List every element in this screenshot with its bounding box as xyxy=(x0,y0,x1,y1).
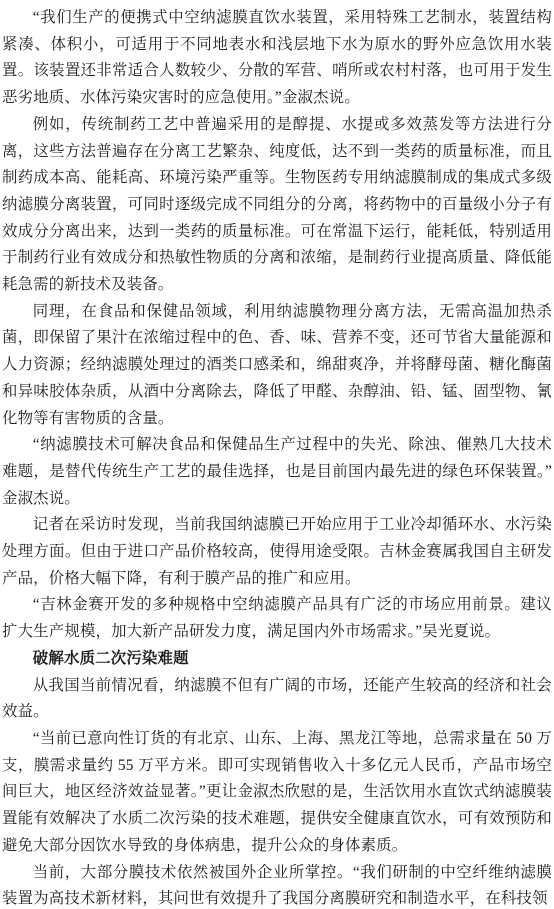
paragraph-market-benefits: 从我国当前情况看，纳滤膜不但有广阔的市场，还能产生较高的经济和社会效益。 xyxy=(2,673,552,726)
document-page: “我们生产的便携式中空纳滤膜直饮水装置，采用特殊工艺制水，装置结构紧凑、体积小，… xyxy=(0,0,554,909)
paragraph-quote-market-prospect: “吉林金赛开发的多种规格中空纳滤膜产品具有广泛的市场应用前景。建议扩大生产规模，… xyxy=(2,592,552,645)
paragraph-pharma-process: 例如，传统制药工艺中普遍采用的是醇提、水提或多效蒸发等方法进行分离，这些方法普遍… xyxy=(2,112,552,299)
paragraph-foreign-control: 当前，大部分膜技术依然被国外企业所掌控。“我们研制的中空纤维纳滤膜装置为高技术新… xyxy=(2,860,552,909)
paragraph-food-health-products: 同理，在食品和保健品领域，利用纳滤膜物理分离方法，无需高温加热杀菌，即保留了果汁… xyxy=(2,299,552,433)
paragraph-quote-orders-demand: “当前已意向性订货的有北京、山东、上海、黑龙江等地，总需求量在 50 万支，膜需… xyxy=(2,726,552,860)
paragraph-quote-membrane-tech: “纳滤膜技术可解决食品和保健品生产过程中的失光、除浊、催熟几大技术难题，是替代传… xyxy=(2,432,552,512)
paragraph-quote-portable-device: “我们生产的便携式中空纳滤膜直饮水装置，采用特殊工艺制水，装置结构紧凑、体积小，… xyxy=(2,5,552,112)
section-heading-water-pollution: 破解水质二次污染难题 xyxy=(2,646,552,673)
paragraph-reporter-findings: 记者在采访时发现，当前我国纳滤膜已开始应用于工业冷却循环水、水污染处理方面。但由… xyxy=(2,512,552,592)
